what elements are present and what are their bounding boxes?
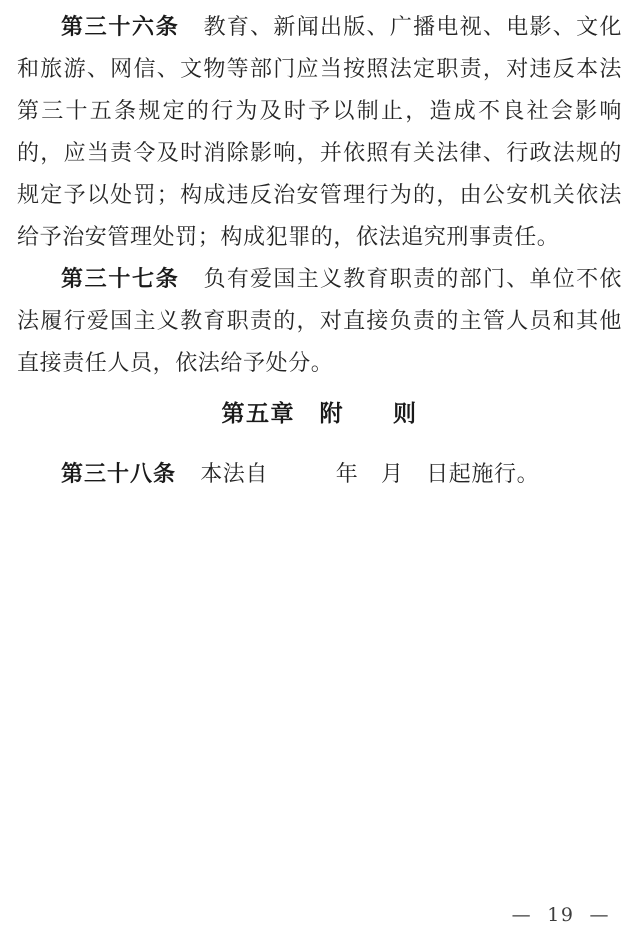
page-number: — 19 — (512, 904, 610, 926)
document-body: 第三十六条教育、新闻出版、广播电视、电影、文化和旅游、网信、文物等部门应当按照法… (0, 0, 640, 496)
chapter-5-heading: 第五章 附 则 (17, 393, 622, 435)
article-37-paragraph: 第三十七条负有爱国主义教育职责的部门、单位不依法履行爱国主义教育职责的，对直接负… (17, 259, 622, 385)
article-38-label: 第三十八条 (61, 462, 176, 487)
article-36-paragraph: 第三十六条教育、新闻出版、广播电视、电影、文化和旅游、网信、文物等部门应当按照法… (17, 7, 622, 259)
article-37-label: 第三十七条 (61, 267, 179, 292)
article-36-label: 第三十六条 (61, 15, 179, 40)
document-page: 第三十六条教育、新闻出版、广播电视、电影、文化和旅游、网信、文物等部门应当按照法… (0, 0, 640, 946)
article-38-text: 本法自 年 月 日起施行。 (200, 462, 539, 487)
article-36-text: 教育、新闻出版、广播电视、电影、文化和旅游、网信、文物等部门应当按照法定职责，对… (17, 15, 622, 250)
article-38-paragraph: 第三十八条本法自 年 月 日起施行。 (17, 454, 622, 496)
